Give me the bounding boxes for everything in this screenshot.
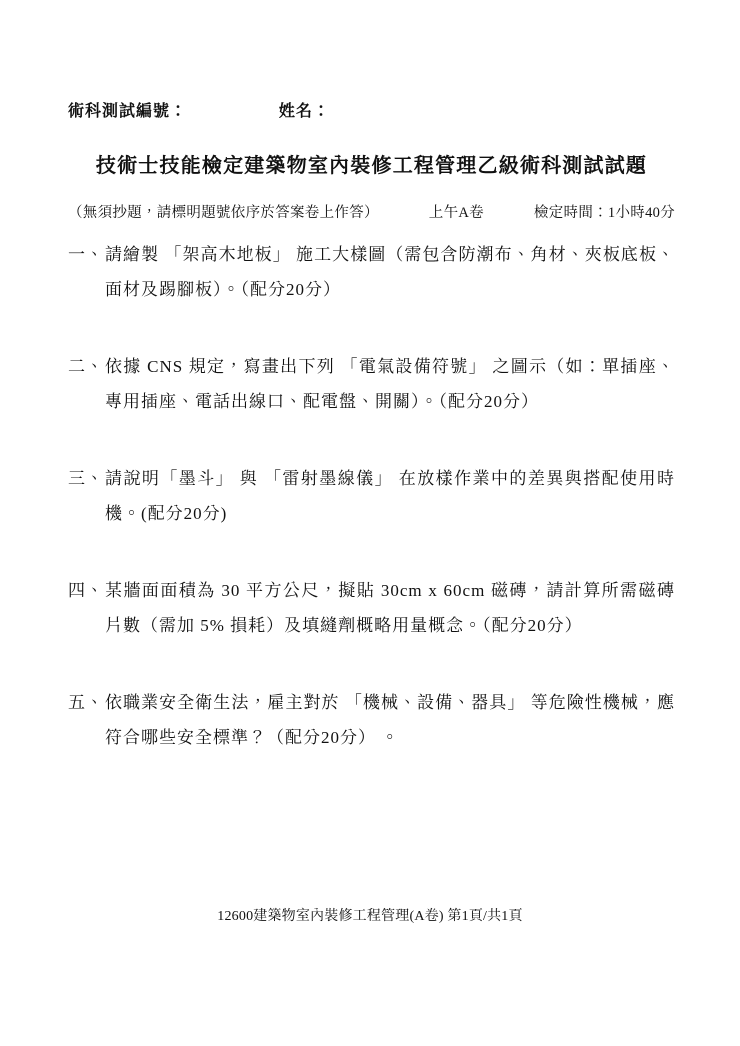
test-number-label: 術科測試編號： <box>68 98 187 121</box>
page-title: 技術士技能檢定建築物室內裝修工程管理乙級術科測試試題 <box>68 152 675 180</box>
session-label: 上午A卷 <box>429 203 484 223</box>
question-text: 請說明「墨斗」 與 「雷射墨線儀」 在放樣作業中的差異與搭配使用時機。(配分20… <box>68 461 675 531</box>
question-item-2: 二、 依據 CNS 規定，寫畫出下列 「電氣設備符號」 之圖示（如：單插座、專用… <box>68 349 675 419</box>
question-number: 三、 <box>68 461 104 496</box>
question-item-5: 五、 依職業安全衛生法，雇主對於 「機械、設備、器具」 等危險性機械，應符合哪些… <box>68 685 675 755</box>
exam-meta-row: （無須抄題，請標明題號依序於答案卷上作答） 上午A卷 檢定時間：1小時40分 <box>68 203 675 223</box>
question-list: 一、 請繪製 「架高木地板」 施工大樣圖（需包含防潮布、角材、夾板底板、面材及踢… <box>68 237 675 755</box>
question-text: 某牆面面積為 30 平方公尺，擬貼 30cm x 60cm 磁磚，請計算所需磁磚… <box>68 573 675 643</box>
question-number: 五、 <box>68 685 104 720</box>
page-footer: 12600建築物室內裝修工程管理(A卷) 第1頁/共1頁 <box>0 905 740 925</box>
duration-label: 檢定時間：1小時40分 <box>534 203 675 223</box>
answer-instruction: （無須抄題，請標明題號依序於答案卷上作答） <box>68 203 379 223</box>
question-text: 依職業安全衛生法，雇主對於 「機械、設備、器具」 等危險性機械，應符合哪些安全標… <box>68 685 675 755</box>
question-number: 四、 <box>68 573 104 608</box>
exam-document-page: 術科測試編號： 姓名： 技術士技能檢定建築物室內裝修工程管理乙級術科測試試題 （… <box>0 0 740 1046</box>
question-item-1: 一、 請繪製 「架高木地板」 施工大樣圖（需包含防潮布、角材、夾板底板、面材及踢… <box>68 237 675 307</box>
question-text: 依據 CNS 規定，寫畫出下列 「電氣設備符號」 之圖示（如：單插座、專用插座、… <box>68 349 675 419</box>
question-text: 請繪製 「架高木地板」 施工大樣圖（需包含防潮布、角材、夾板底板、面材及踢腳板）… <box>68 237 675 307</box>
document-header: 術科測試編號： 姓名： <box>68 98 675 122</box>
question-item-3: 三、 請說明「墨斗」 與 「雷射墨線儀」 在放樣作業中的差異與搭配使用時機。(配… <box>68 461 675 531</box>
question-number: 一、 <box>68 237 104 272</box>
question-number: 二、 <box>68 349 104 384</box>
question-item-4: 四、 某牆面面積為 30 平方公尺，擬貼 30cm x 60cm 磁磚，請計算所… <box>68 573 675 643</box>
name-label: 姓名： <box>279 98 330 121</box>
